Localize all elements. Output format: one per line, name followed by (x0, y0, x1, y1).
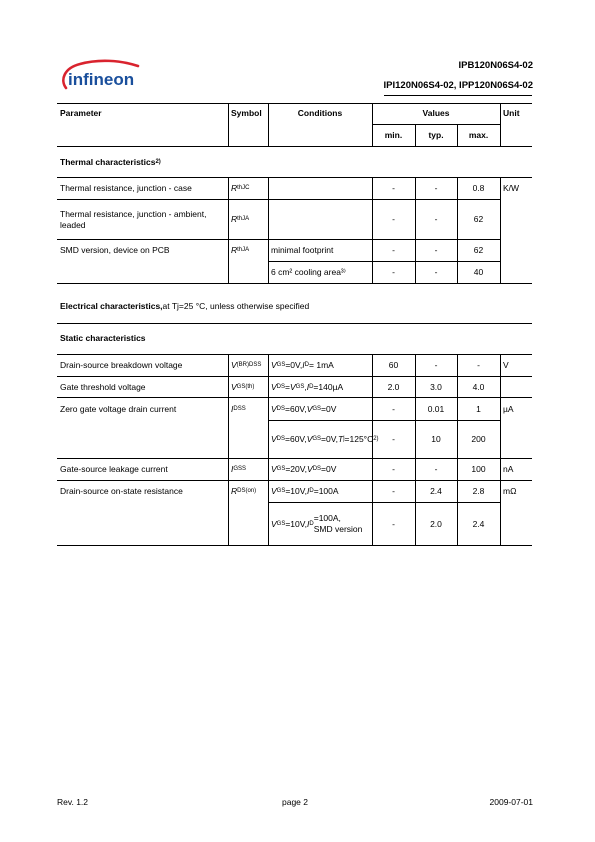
value-typ: 10 (415, 421, 457, 458)
thermal-title-text: Thermal characteristics (60, 157, 155, 168)
value-max: 0.8 (457, 178, 500, 199)
electrical-title-bold: Electrical characteristics, (60, 301, 163, 312)
value-min: 60 (372, 355, 415, 376)
section-title-static: Static characteristics (60, 331, 146, 345)
table-row-conditions: VDS=60V, VGS=0V (271, 398, 336, 420)
table-row-param: Gate-source leakage current (60, 459, 168, 480)
value-max: 40 (457, 262, 500, 283)
table-row-conditions: minimal footprint (271, 240, 333, 261)
value-min: - (372, 459, 415, 480)
value-max: 62 (457, 240, 500, 261)
value-typ: 2.4 (415, 481, 457, 502)
value-min: - (372, 240, 415, 261)
value-max: 2.8 (457, 481, 500, 502)
svg-text:infineon: infineon (68, 70, 134, 89)
table-row-symbol: IDSS (231, 398, 246, 420)
value-typ: - (415, 262, 457, 283)
header-max: max. (457, 126, 500, 145)
header-symbol: Symbol (231, 106, 262, 120)
section-title-thermal: Thermal characteristics2) (60, 155, 161, 169)
table-row-param: Thermal resistance, junction - ambient, … (60, 202, 220, 238)
value-typ: - (415, 240, 457, 261)
value-typ: - (415, 178, 457, 199)
value-typ: 0.01 (415, 398, 457, 420)
table-row-symbol: RthJA (231, 200, 249, 239)
col-divider (228, 103, 229, 146)
table-top-rule (57, 103, 532, 104)
value-min: - (372, 200, 415, 239)
table-row-conditions: VDS=VGS, ID=140µA (271, 377, 343, 397)
header-conditions: Conditions (268, 106, 372, 120)
value-min: - (372, 262, 415, 283)
table-row-conditions: 6 cm² cooling area³⁾ (271, 262, 346, 283)
col-divider (268, 177, 269, 283)
value-min: - (372, 178, 415, 199)
table-row-conditions: VDS=60V, VGS=0V,Tj=125°C2) (271, 421, 379, 458)
table-row-conditions: VGS=10V, ID=100A (271, 481, 339, 502)
col-divider (228, 354, 229, 545)
header-parameter: Parameter (60, 106, 102, 120)
value-min: - (372, 481, 415, 502)
value-max: 100 (457, 459, 500, 480)
table-row-symbol: RDS(on) (231, 481, 256, 502)
table-row-param: Drain-source on-state resistance (60, 481, 183, 502)
header-bottom-rule (57, 146, 532, 147)
header-typ: typ. (415, 126, 457, 145)
value-typ: - (415, 355, 457, 376)
header-values: Values (372, 106, 500, 120)
col-divider (500, 354, 501, 545)
row-rule (57, 545, 532, 546)
value-min: 2.0 (372, 377, 415, 397)
table-row-symbol: RthJA (231, 240, 249, 261)
section-rule (57, 323, 532, 324)
table-row-symbol: RthJC (231, 178, 249, 199)
footnote-ref: 2) (155, 157, 160, 168)
table-row-param: SMD version, device on PCB (60, 240, 170, 261)
value-typ: - (415, 459, 457, 480)
value-unit: µA (503, 398, 514, 420)
header-rule (384, 95, 532, 96)
value-typ: 3.0 (415, 377, 457, 397)
value-max: 4.0 (457, 377, 500, 397)
part-number-primary: IPB120N06S4-02 (459, 60, 533, 71)
value-unit: mΩ (503, 481, 516, 502)
value-unit: V (503, 355, 509, 376)
value-max: 200 (457, 421, 500, 458)
value-typ: - (415, 200, 457, 239)
infineon-logo: infineon (58, 58, 148, 92)
value-min: - (372, 421, 415, 458)
value-max: 62 (457, 200, 500, 239)
value-typ: 2.0 (415, 503, 457, 545)
table-row-param: Thermal resistance, junction - case (60, 178, 192, 199)
footer-page: page 2 (282, 797, 308, 807)
value-max: - (457, 355, 500, 376)
col-divider (268, 354, 269, 545)
table-row-symbol: V(BR)DSS (231, 355, 261, 376)
col-divider (228, 177, 229, 283)
table-row-param: Gate threshold voltage (60, 377, 146, 397)
table-row-param: Drain-source breakdown voltage (60, 355, 182, 376)
value-min: - (372, 398, 415, 420)
part-number-secondary: IPI120N06S4-02, IPP120N06S4-02 (384, 80, 533, 91)
value-max: 2.4 (457, 503, 500, 545)
table-row-conditions: VGS=0V, ID= 1mA (271, 355, 334, 376)
footer-revision: Rev. 1.2 (57, 797, 88, 807)
header-unit: Unit (503, 106, 520, 120)
table-row-conditions: VGS=20V, VDS=0V (271, 459, 336, 480)
section-title-electrical: Electrical characteristics, at Tj=25 °C,… (60, 299, 309, 313)
footer-date: 2009-07-01 (490, 797, 533, 807)
table-row-symbol: IGSS (231, 459, 246, 480)
value-unit: nA (503, 459, 513, 480)
table-row-conditions: VGS=10V, ID=100A,SMD version (271, 503, 362, 545)
col-divider (500, 103, 501, 146)
header-min: min. (372, 126, 415, 145)
values-sub-rule (372, 124, 500, 125)
table-row-param: Zero gate voltage drain current (60, 398, 176, 420)
table-row-symbol: VGS(th) (231, 377, 254, 397)
value-unit: K/W (503, 178, 519, 199)
electrical-title-rest: at Tj=25 °C, unless otherwise specified (163, 301, 310, 312)
value-min: - (372, 503, 415, 545)
value-max: 1 (457, 398, 500, 420)
row-rule (57, 283, 532, 284)
col-divider (500, 177, 501, 283)
